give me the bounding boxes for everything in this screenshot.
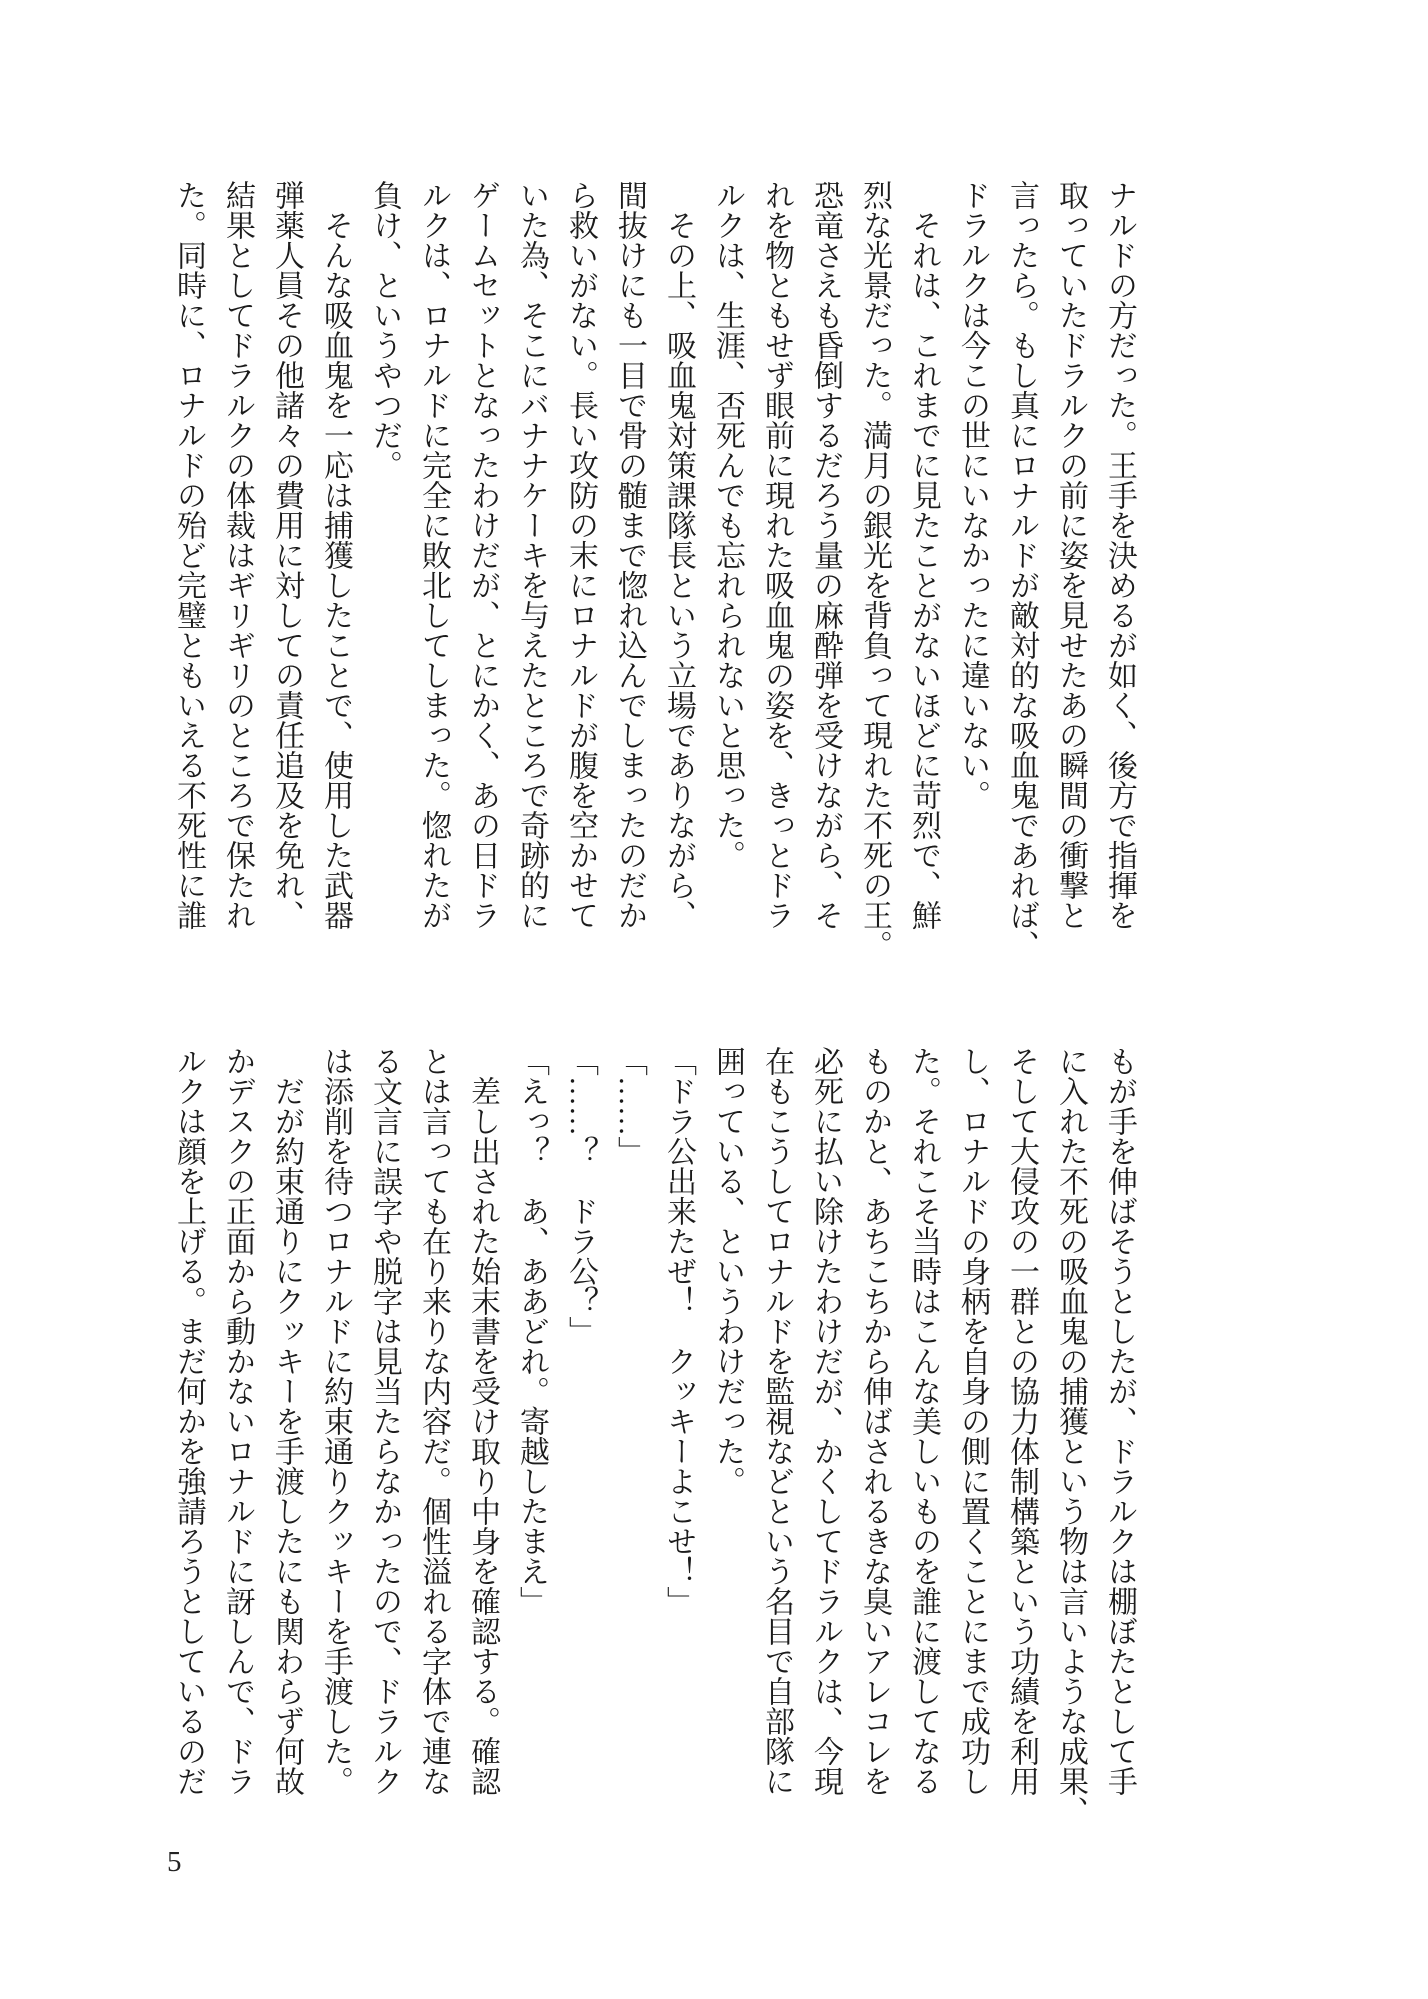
text-column: ナルドの方だった。王手を決めるが如く、後方で指揮を [1095, 180, 1144, 980]
text-column: ドラルクは今この世にいなかったに違いない。 [948, 180, 997, 980]
text-column: 差し出された始末書を受け取り中身を確認する。確認 [458, 1046, 507, 1846]
text-column: いた為、そこにバナナケーキを与えたところで奇跡的に [507, 180, 556, 980]
text-column: た。同時に、ロナルドの殆ど完璧ともいえる不死性に誰 [164, 180, 213, 980]
text-column: し、ロナルドの身柄を自身の側に置くことにまで成功し [948, 1046, 997, 1846]
text-column: 恐竜さえも昏倒するだろう量の麻酔弾を受けながら、そ [801, 180, 850, 980]
bottom-text-block: もが手を伸ばそうとしたが、ドラルクは棚ぼたとして手に入れた不死の吸血鬼の捕獲とい… [164, 1046, 1144, 1846]
text-column: 「えっ？ あ、ああどれ。寄越したまえ」 [507, 1046, 556, 1846]
text-column: 言ったら。もし真にロナルドが敵対的な吸血鬼であれば、 [997, 180, 1046, 980]
page-number: 5 [167, 1848, 182, 1877]
text-column: その上、吸血鬼対策課隊長という立場でありながら、 [654, 180, 703, 980]
text-column: た。それこそ当時はこんな美しいものを誰に渡してなる [899, 1046, 948, 1846]
text-column: 負け、というやつだ。 [360, 180, 409, 980]
text-column: もが手を伸ばそうとしたが、ドラルクは棚ぼたとして手 [1095, 1046, 1144, 1846]
book-page: ナルドの方だった。王手を決めるが如く、後方で指揮を取っていたドラルクの前に姿を見… [0, 0, 1428, 1999]
text-column: ゲームセットとなったわけだが、とにかく、あの日ドラ [458, 180, 507, 980]
text-column: に入れた不死の吸血鬼の捕獲という物は言いような成果、 [1046, 1046, 1095, 1846]
text-column: 結果としてドラルクの体裁はギリギリのところで保たれ [213, 180, 262, 980]
text-column: る文言に誤字や脱字は見当たらなかったので、ドラルク [360, 1046, 409, 1846]
text-column: 「……？ ドラ公？」 [556, 1046, 605, 1846]
text-column: そんな吸血鬼を一応は捕獲したことで、使用した武器 [311, 180, 360, 980]
text-column: ら救いがない。長い攻防の末にロナルドが腹を空かせて [556, 180, 605, 980]
text-column: 「……」 [605, 1046, 654, 1846]
text-column: 「ドラ公出来たぜ！ クッキーよこせ！」 [654, 1046, 703, 1846]
text-column: 取っていたドラルクの前に姿を見せたあの瞬間の衝撃と [1046, 180, 1095, 980]
text-column: それは、これまでに見たことがないほどに苛烈で、鮮 [899, 180, 948, 980]
text-column: だが約束通りにクッキーを手渡したにも関わらず何故 [262, 1046, 311, 1846]
text-column: 必死に払い除けたわけだが、かくしてドラルクは、今現 [801, 1046, 850, 1846]
text-column: 烈な光景だった。満月の銀光を背負って現れた不死の王。 [850, 180, 899, 980]
top-text-block: ナルドの方だった。王手を決めるが如く、後方で指揮を取っていたドラルクの前に姿を見… [164, 180, 1144, 980]
text-column: ルクは、生涯、否死んでも忘れられないと思った。 [703, 180, 752, 980]
text-column: 囲っている、というわけだった。 [703, 1046, 752, 1846]
text-column: ものかと、あちこちから伸ばされるきな臭いアレコレを [850, 1046, 899, 1846]
text-column: 弾薬人員その他諸々の費用に対しての責任追及を免れ、 [262, 180, 311, 980]
text-column: 間抜けにも一目で骨の髄まで惚れ込んでしまったのだか [605, 180, 654, 980]
text-column: とは言っても在り来りな内容だ。個性溢れる字体で連な [409, 1046, 458, 1846]
text-column: 在もこうしてロナルドを監視などという名目で自部隊に [752, 1046, 801, 1846]
text-column: かデスクの正面から動かないロナルドに訝しんで、ドラ [213, 1046, 262, 1846]
text-column: そして大侵攻の一群との協力体制構築という功績を利用 [997, 1046, 1046, 1846]
text-column: ルクは顔を上げる。まだ何かを強請ろうとしているのだ [164, 1046, 213, 1846]
text-column: ルクは、ロナルドに完全に敗北してしまった。惚れたが [409, 180, 458, 980]
text-column: は添削を待つロナルドに約束通りクッキーを手渡した。 [311, 1046, 360, 1846]
text-column: れを物ともせず眼前に現れた吸血鬼の姿を、きっとドラ [752, 180, 801, 980]
